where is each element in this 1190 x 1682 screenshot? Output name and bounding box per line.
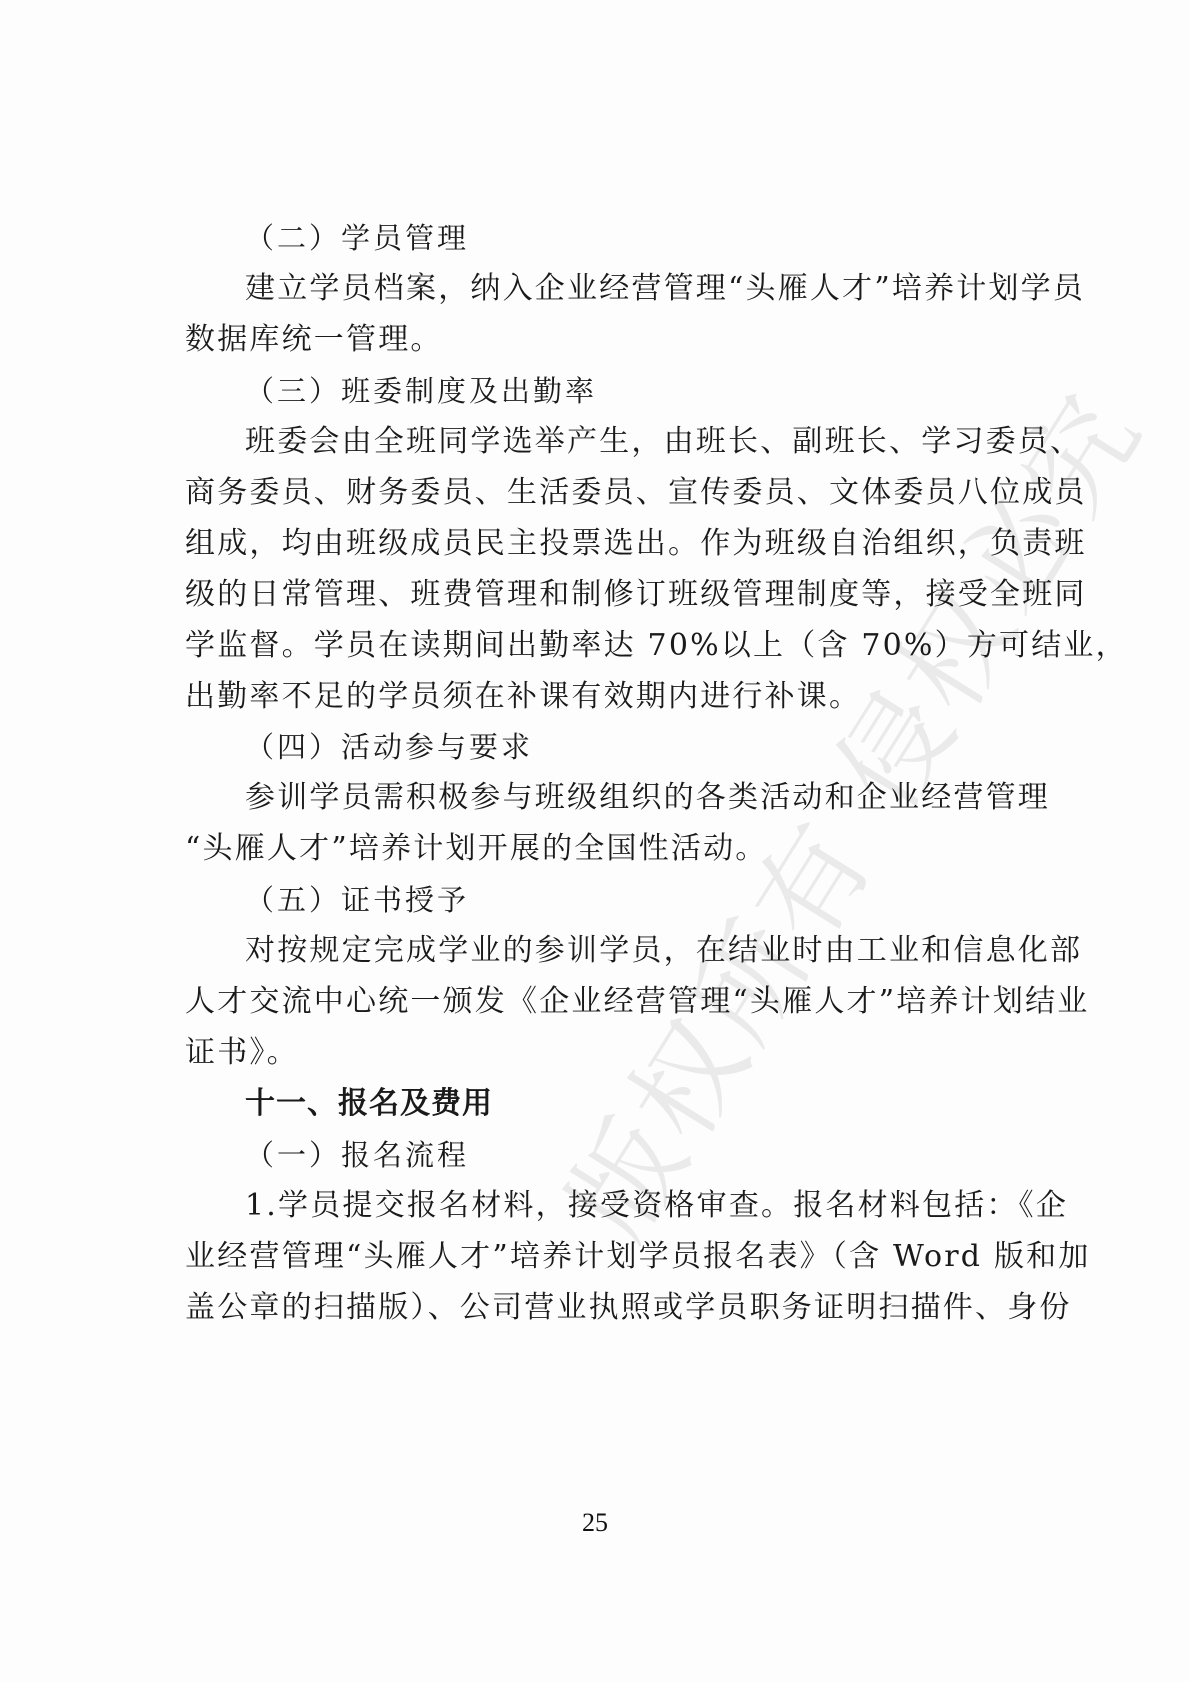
paragraph-line: 商务委员、财务委员、生活委员、宣传委员、文体委员八位成员: [185, 473, 1035, 513]
subheading-activity-participation: （四）活动参与要求: [245, 727, 1095, 767]
paragraph-line: 证书》。: [185, 1033, 1035, 1073]
paragraph-line: 级的日常管理、班费管理和制修订班级管理制度等，接受全班同: [185, 575, 1035, 615]
paragraph-line: 参训学员需积极参与班级组织的各类活动和企业经营管理: [245, 778, 1035, 818]
paragraph-line: “头雁人才”培养计划开展的全国性活动。: [185, 829, 1035, 869]
paragraph-line: 出勤率不足的学员须在补课有效期内进行补课。: [185, 677, 1035, 717]
paragraph-line: 班委会由全班同学选举产生，由班长、副班长、学习委员、: [245, 422, 1035, 462]
subheading-student-management: （二）学员管理: [245, 218, 1095, 258]
paragraph-line: 数据库统一管理。: [185, 320, 1035, 360]
paragraph-line: 盖公章的扫描版）、公司营业执照或学员职务证明扫描件、身份: [185, 1288, 1035, 1328]
paragraph-line: 学监督。学员在读期间出勤率达 70%以上（含 70%）方可结业，: [185, 626, 1035, 666]
paragraph-line: 业经营管理“头雁人才”培养计划学员报名表》（含 Word 版和加: [185, 1237, 1035, 1277]
heading-registration-and-fees: 十一、报名及费用: [245, 1084, 1095, 1124]
paragraph-line: 组成，均由班级成员民主投票选出。作为班级自治组织，负责班: [185, 524, 1035, 564]
subheading-class-committee: （三）班委制度及出勤率: [245, 371, 1095, 411]
subheading-certificate: （五）证书授予: [245, 880, 1095, 920]
page-number: 25: [0, 1508, 1190, 1538]
document-page: 版权所有 侵权必究 （二）学员管理 建立学员档案，纳入企业经营管理“头雁人才”培…: [0, 0, 1190, 1682]
paragraph-line: 1.学员提交报名材料，接受资格审查。报名材料包括：《企: [245, 1186, 1035, 1226]
subheading-registration-process: （一）报名流程: [245, 1135, 1095, 1175]
paragraph-line: 人才交流中心统一颁发《企业经营管理“头雁人才”培养计划结业: [185, 982, 1035, 1022]
paragraph-line: 对按规定完成学业的参训学员，在结业时由工业和信息化部: [245, 931, 1035, 971]
paragraph-line: 建立学员档案，纳入企业经营管理“头雁人才”培养计划学员: [245, 269, 1035, 309]
